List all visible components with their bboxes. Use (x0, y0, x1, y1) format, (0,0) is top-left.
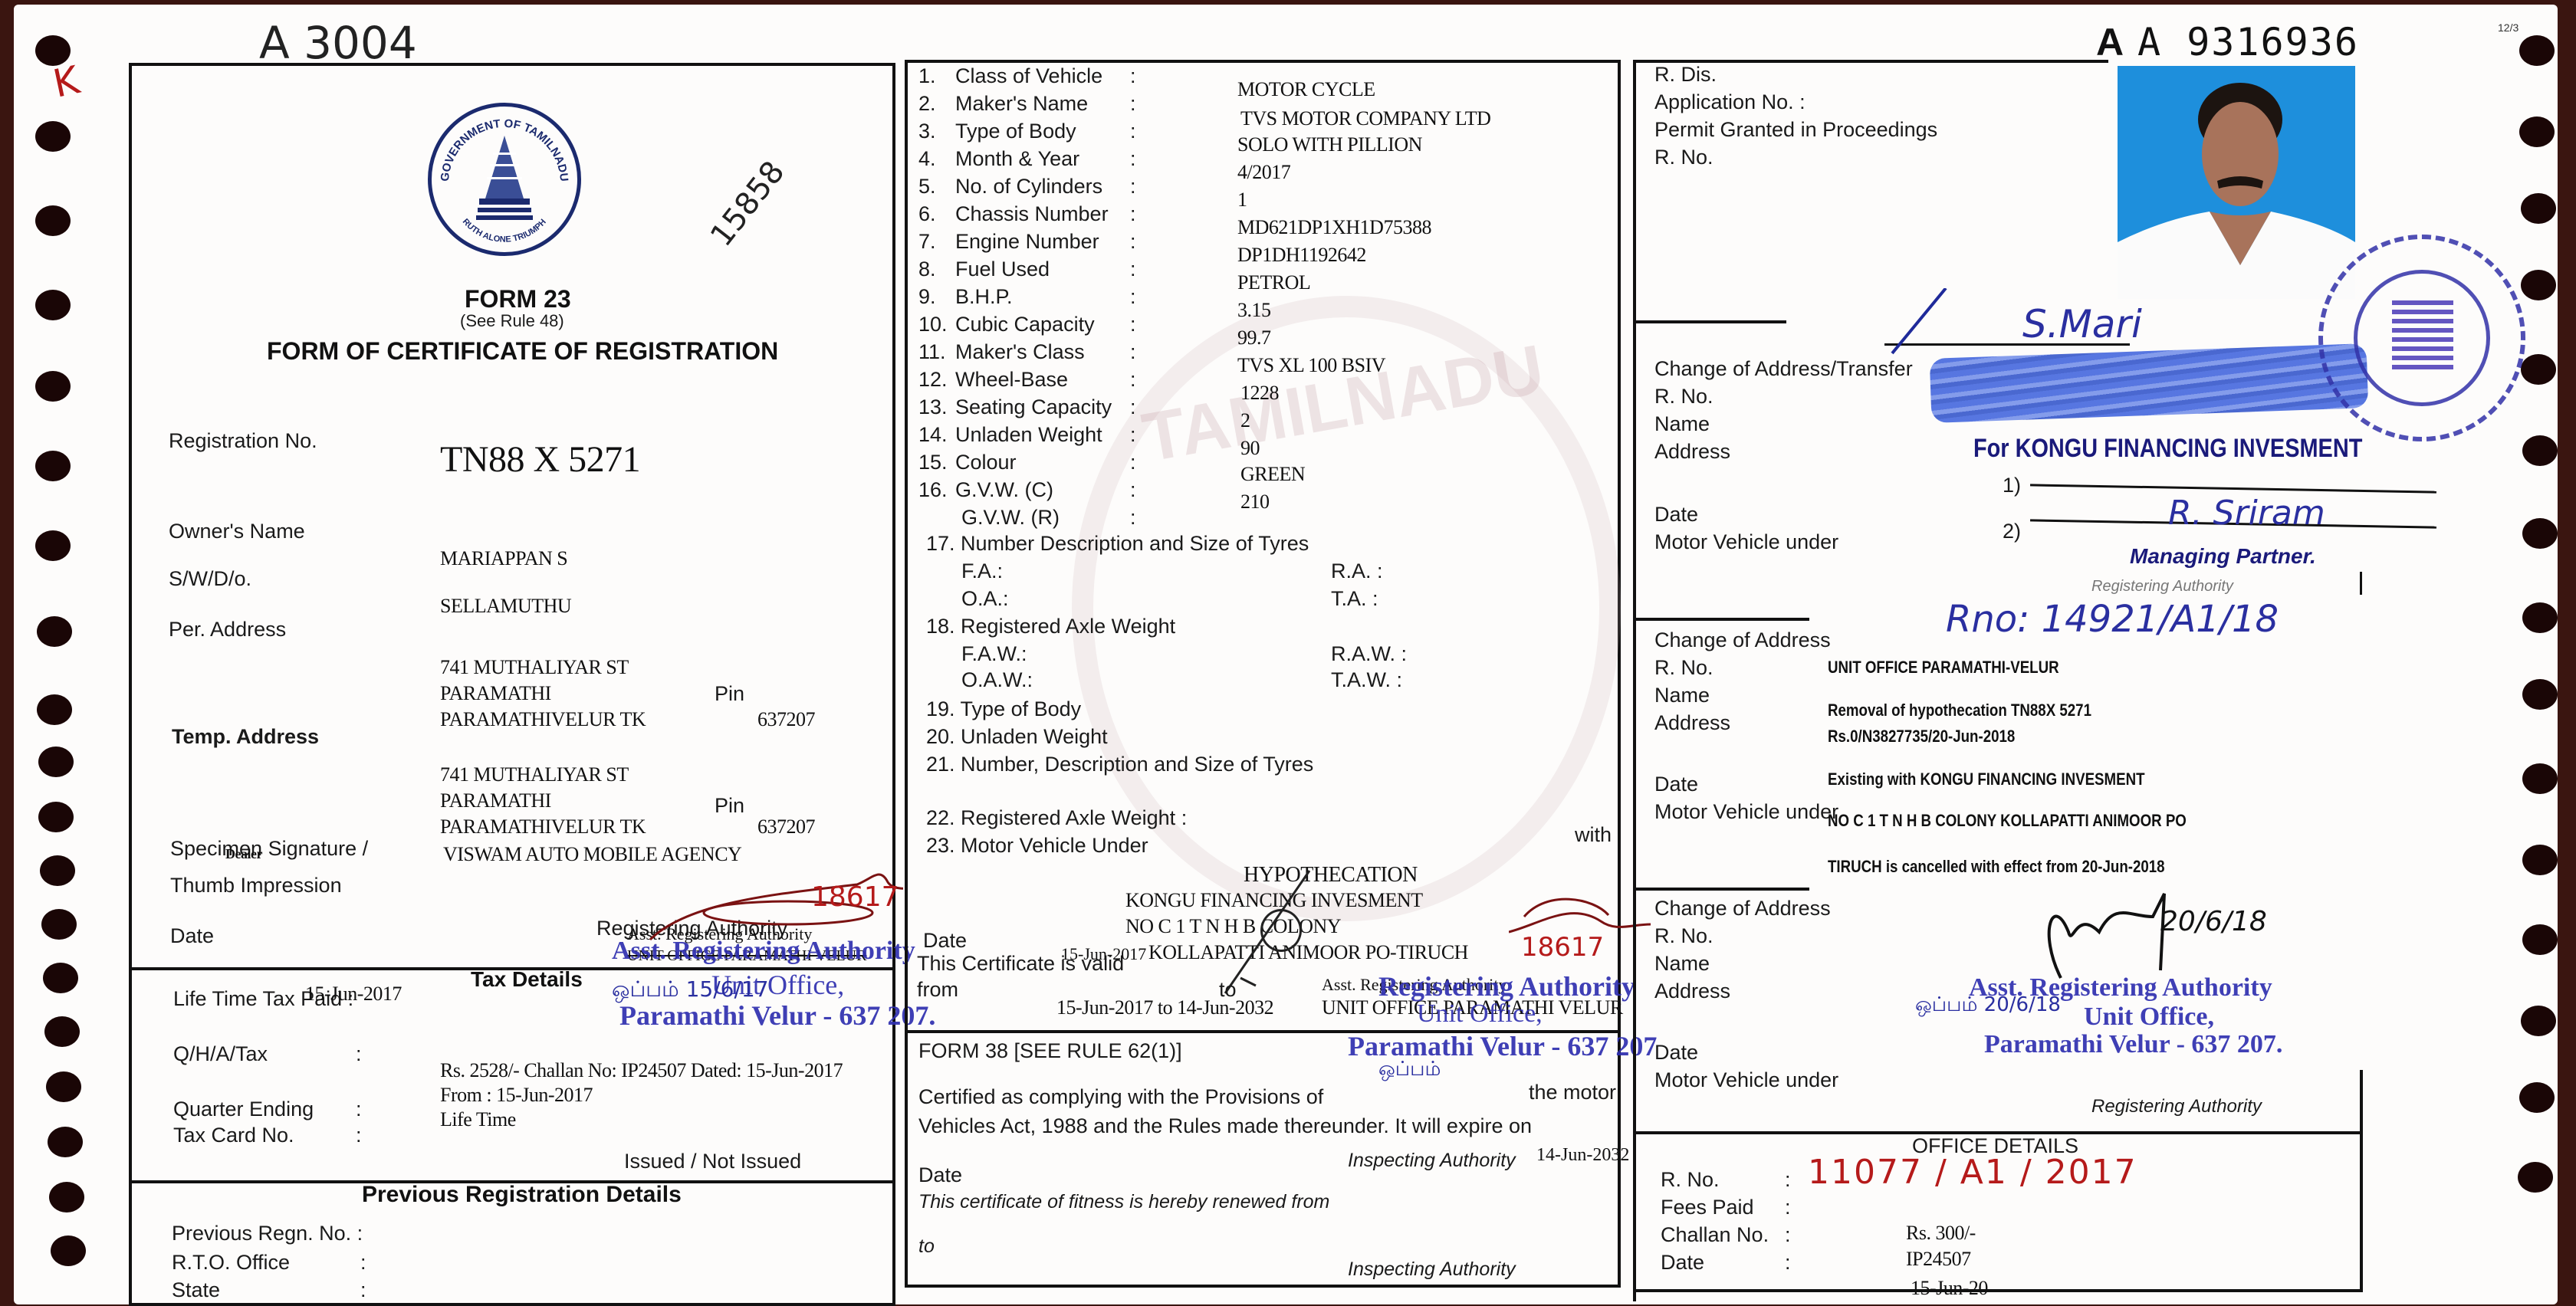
quarter-colon: : (356, 1098, 362, 1121)
taw-label: T.A.W. : (1331, 668, 1402, 692)
removal-line: Removal of hypothecation TN88X 5271 (1828, 701, 2091, 720)
valid-printed-date: 15-Jun-2017 (1061, 944, 1146, 964)
perforation-hole (37, 616, 72, 647)
temp-pin-value: 637207 (757, 815, 815, 838)
vehicle-row-colon: : (1130, 395, 1136, 419)
vehicle-row-num: 10. (918, 313, 948, 336)
oa-label: O.A.: (961, 587, 1009, 611)
vehicle-row-label: Chassis Number (955, 202, 1109, 226)
vehicle-row-colon: : (1130, 368, 1136, 392)
sign-slot-2: 2) (2003, 520, 2021, 543)
fa-label: F.A.: (961, 559, 1003, 583)
pen-stroke-icon (1884, 288, 1961, 357)
perforation-hole (2519, 116, 2555, 147)
tick-mark (2360, 572, 2362, 595)
perforation-hole (2522, 518, 2558, 549)
swd-value: SELLAMUTHU (440, 595, 571, 618)
perforation-hole (2522, 845, 2558, 875)
handwritten-r-no: Rno: 14921/A1/18 (1946, 598, 2279, 641)
application-no-label: Application No. : (1654, 90, 1806, 114)
third-registering-authority: Registering Authority (2091, 1096, 2262, 1117)
transfer-divider (1633, 320, 1786, 323)
vehicle-row-label: Class of Vehicle (955, 64, 1102, 88)
third-row-label: Name (1654, 952, 1710, 976)
vehicle-row-label: Type of Body (955, 120, 1076, 143)
per-address-line-3: PARAMATHIVELUR TK (440, 708, 646, 731)
perforation-hole (35, 371, 71, 402)
per-pin-value: 637207 (757, 708, 815, 731)
handwritten-serial-left: A 3004 (259, 17, 417, 69)
office-date-value: 15-Jun-20 (1911, 1277, 1988, 1300)
r-dis-label: R. Dis. (1654, 63, 1717, 87)
perforation-hole (2522, 763, 2558, 794)
right-stamp-paramathi-velur: Paramathi Velur - 637 207. (1984, 1030, 2282, 1059)
state-colon: : (360, 1278, 366, 1302)
fitness-date-label: Date (918, 1163, 962, 1187)
right-panel-left-border (1633, 60, 1636, 1301)
form-rule: (See Rule 48) (460, 311, 564, 331)
quarter-ending-label: Quarter Ending (173, 1098, 314, 1121)
vehicle-row-label: Maker's Name (955, 92, 1088, 116)
engine-number-value: DP1DH1192642 (1237, 244, 1366, 267)
vehicle-row-colon: : (1130, 340, 1136, 364)
owner-handwritten-signature: S.Mari (2022, 302, 2142, 346)
vehicle-row-num: 13. (918, 395, 948, 419)
transfer-row-label: Address (1654, 440, 1730, 464)
tax-from-value: From : 15-Jun-2017 (440, 1084, 593, 1107)
vehicle-row-label: G.V.W. (R) (961, 506, 1060, 530)
previous-registration-title: Previous Registration Details (362, 1182, 682, 1208)
serial-number-value: A 9316936 (2137, 20, 2359, 64)
removal-row-label: Address (1654, 711, 1730, 735)
transfer-registering-authority: Registering Authority (2091, 578, 2233, 596)
qha-tax-value: Rs. 2528/- Challan No: IP24507 Dated: 15… (440, 1059, 843, 1082)
perforation-hole (2521, 193, 2556, 224)
temp-address-line-1: 741 MUTHALIYAR ST (440, 763, 629, 786)
vehicle-row-label: No. of Cylinders (955, 175, 1102, 199)
per-address-line-2: PARAMATHI (440, 682, 551, 705)
registering-authority-seal-icon (2318, 235, 2525, 441)
third-block-divider (1633, 888, 1809, 891)
tax-card-label: Tax Card No. (173, 1124, 294, 1147)
third-row-label: Address (1654, 979, 1730, 1003)
office-challan-label: Challan No. (1661, 1223, 1769, 1247)
r-no-label: R. No. (1654, 146, 1714, 169)
vehicle-row-num: 7. (918, 230, 936, 254)
ta-label: T.A. : (1331, 587, 1378, 611)
life-time-tax-date: 15-Jun-2017 (305, 983, 402, 1006)
temp-address-line-2: PARAMATHI (440, 789, 551, 812)
vehicle-row-colon: : (1130, 64, 1136, 88)
vehicle-row-label: Maker's Class (955, 340, 1085, 364)
perforation-hole (2519, 1082, 2555, 1113)
vehicle-row-num: 16. (918, 478, 948, 502)
fitness-renewed-text: This certificate of fitness is hereby re… (918, 1191, 1329, 1213)
office-rno-label: R. No. (1661, 1168, 1720, 1192)
perforation-hole (46, 1071, 81, 1102)
vehicle-row-label: Fuel Used (955, 258, 1050, 281)
office-colon: : (1785, 1251, 1791, 1275)
perforation-hole (2522, 924, 2558, 955)
office-colon: : (1785, 1196, 1791, 1219)
tax-details-title: Tax Details (471, 967, 583, 992)
removal-row-label: Name (1654, 684, 1710, 707)
perforation-hole (35, 121, 71, 152)
rto-office-label: R.T.O. Office (172, 1251, 290, 1275)
office-challan-value: IP24507 (1906, 1248, 1971, 1271)
removal-line: UNIT OFFICE PARAMATHI-VELUR (1828, 658, 2059, 678)
financier-stamp-title: For KONGU FINANCING INVESMENT (1973, 434, 2362, 464)
faw-label: F.A.W.: (961, 642, 1027, 666)
office-fees-value: Rs. 300/- (1906, 1222, 1976, 1245)
third-row-label: Change of Address (1654, 897, 1831, 920)
blue-scribble-redaction (1930, 343, 2369, 423)
vehicle-row-colon: : (1130, 120, 1136, 143)
vehicle-row-colon: : (1130, 175, 1136, 199)
perforation-hole (2522, 602, 2558, 633)
vehicle-row-num: 4. (918, 147, 936, 171)
office-colon: : (1785, 1223, 1791, 1247)
vehicle-row-num: 11. (918, 340, 946, 364)
temp-address-line-3: PARAMATHIVELUR TK (440, 815, 646, 838)
seating-capacity-value: 2 (1240, 409, 1250, 432)
vehicle-row-label: Month & Year (955, 147, 1079, 171)
middle-stamp-registering: Registering Authority (1378, 970, 1635, 1002)
third-row-label: Date (1654, 1041, 1698, 1065)
per-address-line-1: 741 MUTHALIYAR ST (440, 656, 629, 679)
temp-address-label: Temp. Address (172, 725, 319, 749)
vehicle-row-num: 15. (918, 451, 948, 474)
vehicle-row-colon: : (1130, 423, 1136, 447)
sign-slot-1: 1) (2003, 474, 2021, 497)
perforation-hole (38, 747, 74, 777)
item-19-label: 19. Type of Body (926, 697, 1081, 721)
raw-label: R.A.W. : (1331, 642, 1407, 666)
registration-number: TN88 X 5271 (440, 438, 640, 481)
colour-value: GREEN (1240, 463, 1305, 486)
makers-class-value: TVS XL 100 BSIV (1237, 354, 1385, 377)
permit-granted-label: Permit Granted in Proceedings (1654, 118, 1937, 142)
vehicle-row-colon: : (1130, 313, 1136, 336)
with-label: with (1575, 823, 1612, 847)
vehicle-row-label: Seating Capacity (955, 395, 1112, 419)
fitness-form-title: FORM 38 [SEE RULE 62(1)] (918, 1039, 1182, 1063)
removal-divider (1633, 618, 1809, 621)
red-handwritten-number-middle: 18617 (1521, 932, 1604, 963)
corner-mark: 12/3 (2498, 21, 2518, 34)
removal-row-label: Motor Vehicle under (1654, 800, 1838, 824)
vehicle-row-label: Wheel-Base (955, 368, 1068, 392)
perforation-hole (40, 855, 75, 886)
perforation-hole (2521, 354, 2556, 385)
third-row-label: Motor Vehicle under (1654, 1068, 1838, 1092)
removal-line: TIRUCH is cancelled with effect from 20-… (1828, 857, 2165, 877)
state-label: State (172, 1278, 220, 1302)
vehicle-row-label: Engine Number (955, 230, 1099, 254)
third-row-label: R. No. (1654, 924, 1714, 948)
fitness-to-label: to (918, 1235, 935, 1258)
transfer-row-label: Name (1654, 412, 1710, 436)
perforation-hole (35, 290, 71, 320)
vehicle-row-label: Unladen Weight (955, 423, 1102, 447)
right-tamil-initial: ஒப்பம் 20/6/18 (1915, 993, 2061, 1019)
makers-name-value: TVS MOTOR COMPANY LTD (1240, 107, 1490, 130)
class-of-vehicle-value: MOTOR CYCLE (1237, 78, 1375, 101)
vehicle-row-colon: : (1130, 92, 1136, 116)
perforation-hole (2522, 435, 2558, 466)
swd-label: S/W/D/o. (169, 567, 251, 591)
vehicle-row-num: 6. (918, 202, 936, 226)
cubic-capacity-value: 99.7 (1237, 326, 1271, 349)
printed-serial-number: A (2096, 20, 2124, 64)
perforation-hole (49, 1182, 84, 1212)
office-date-label: Date (1661, 1251, 1704, 1275)
temp-pin-label: Pin (715, 794, 744, 818)
unladen-weight-value: 90 (1240, 437, 1260, 460)
perforation-hole (41, 909, 77, 940)
perforation-hole (48, 1127, 83, 1157)
vehicle-row-num: 2. (918, 92, 936, 116)
tamilnadu-emblem-icon: GOVERNMENT OF TAMILNADU TRUTH ALONE TRIU… (428, 103, 581, 256)
transfer-row-label: Change of Address/Transfer (1654, 357, 1913, 381)
vehicle-row-num: 3. (918, 120, 936, 143)
thumb-impression-label: Thumb Impression (170, 874, 342, 897)
vehicle-row-colon: : (1130, 258, 1136, 281)
fitness-line-2: Vehicles Act, 1988 and the Rules made th… (918, 1114, 1532, 1138)
vehicle-row-num: 14. (918, 423, 948, 447)
third-block-right-border (2360, 1070, 2363, 1139)
removal-row-label: Date (1654, 773, 1698, 796)
sign-line-1 (2030, 484, 2436, 493)
registration-certificate-paper: A 3004 K A A 9316936 12/3 GOVERNMENT OF … (14, 5, 2558, 1304)
person-silhouette-icon (2118, 66, 2355, 299)
removal-line: Existing with KONGU FINANCING INVESMENT (1828, 769, 2144, 789)
issued-status: Issued / Not Issued (624, 1150, 801, 1173)
month-year-value: 4/2017 (1237, 161, 1290, 184)
qha-colon: : (356, 1042, 362, 1066)
ra-label: R.A. : (1331, 559, 1383, 583)
vehicle-row-colon: : (1130, 147, 1136, 171)
removal-row-label: Change of Address (1654, 628, 1831, 652)
tamil-initial-stamp: ஒப்பம் 15/6/17 (612, 976, 769, 1005)
vehicle-row-num: 8. (918, 258, 936, 281)
fitness-inspecting-authority-2: Inspecting Authority (1348, 1258, 1516, 1281)
vehicle-row-label: Cubic Capacity (955, 313, 1095, 336)
perforation-hole (35, 530, 71, 561)
vehicle-row-colon: : (1130, 285, 1136, 309)
vehicle-row-colon: : (1130, 506, 1136, 530)
form-title: FORM OF CERTIFICATE OF REGISTRATION (267, 337, 778, 366)
partner-signature: R. Sriram (2168, 494, 2325, 533)
type-of-body-value: SOLO WITH PILLION (1237, 133, 1422, 156)
validity-period: 15-Jun-2017 to 14-Jun-2032 (1056, 996, 1273, 1019)
fuel-used-value: PETROL (1237, 271, 1310, 294)
perforation-hole (35, 451, 71, 481)
chassis-number-value: MD621DP1XH1D75388 (1237, 216, 1431, 239)
per-address-label: Per. Address (169, 618, 286, 642)
perforation-hole (2521, 1006, 2556, 1036)
bhp-value: 3.15 (1237, 299, 1271, 322)
oaw-label: O.A.W.: (961, 668, 1033, 692)
fitness-tamil-initial: ஒப்பம் (1378, 1058, 1441, 1083)
transfer-row-label: Date (1654, 503, 1698, 527)
red-margin-mark: K (49, 57, 83, 107)
registration-no-label: Registration No. (169, 429, 317, 453)
office-colon: : (1785, 1168, 1791, 1192)
perforation-hole (2522, 679, 2558, 710)
right-stamp-unit-office: Unit Office, (2084, 1002, 2214, 1032)
perforation-hole (51, 1235, 86, 1266)
serial-prefix: A (2096, 21, 2124, 64)
wheel-base-value: 1228 (1240, 382, 1279, 405)
form-number: FORM 23 (465, 285, 571, 313)
fitness-expiry-date: 14-Jun-2032 (1536, 1145, 1629, 1166)
item-23-label: 23. Motor Vehicle Under (926, 834, 1148, 858)
officer-signature-date: 20/6/18 (2160, 906, 2267, 937)
transfer-row-label: Motor Vehicle under (1654, 530, 1838, 554)
office-rno-handwritten: 11077 / A1 / 2017 (1808, 1153, 2137, 1192)
item-22-label: 22. Registered Axle Weight : (926, 806, 1187, 830)
valid-date-label: Date (923, 929, 967, 953)
axle-weight-title: 18. Registered Axle Weight (926, 615, 1175, 638)
managing-partner-label: Managing Partner. (2130, 544, 2316, 569)
previous-regn-no-label: Previous Regn. No. : (172, 1222, 363, 1245)
perforation-hole (43, 963, 78, 993)
vehicle-row-num: 1. (918, 64, 936, 88)
perforation-hole (2519, 35, 2555, 66)
vehicle-row-label: G.V.W. (C) (955, 478, 1053, 502)
perforation-hole (38, 802, 74, 832)
item-21-label: 21. Number, Description and Size of Tyre… (926, 753, 1313, 776)
item-20-label: 20. Unladen Weight (926, 725, 1108, 749)
vehicle-row-colon: : (1130, 202, 1136, 226)
fitness-line-1: Certified as complying with the Provisio… (918, 1085, 1323, 1109)
vehicle-row-num: 9. (918, 285, 936, 309)
date-label: Date (170, 924, 214, 948)
vehicle-row-num: 5. (918, 175, 936, 199)
stamp-asst-registering-authority: Asst. Registering Authority (612, 937, 915, 966)
perforation-hole (2518, 1162, 2553, 1193)
tax-card-colon: : (356, 1124, 362, 1147)
removal-line: Rs.0/N3827735/20-Jun-2018 (1828, 727, 2015, 747)
fitness-line-1-right: the motor (1529, 1081, 1616, 1104)
qha-tax-label: Q/H/A/Tax (173, 1042, 268, 1066)
owner-name: MARIAPPAN S (440, 547, 567, 570)
tyres-title: 17. Number Description and Size of Tyres (926, 532, 1309, 556)
per-pin-label: Pin (715, 682, 744, 706)
transfer-row-label: R. No. (1654, 385, 1714, 409)
vehicle-row-colon: : (1130, 478, 1136, 502)
valid-from-label: from (917, 978, 958, 1002)
perforation-hole (35, 205, 71, 236)
rto-office-colon: : (360, 1251, 366, 1275)
perforation-hole (44, 1016, 80, 1047)
dealer-label: Dealer (225, 846, 262, 862)
vehicle-row-num: 12. (918, 368, 948, 392)
owner-photo (2118, 66, 2355, 299)
cylinders-value: 1 (1237, 189, 1247, 212)
gvw-c-value: 210 (1240, 491, 1270, 514)
vehicle-row-label: B.H.P. (955, 285, 1013, 309)
perforation-hole (37, 694, 72, 725)
removal-line: NO C 1 T N H B COLONY KOLLAPATTI ANIMOOR… (1828, 811, 2187, 831)
specimen-signature-label: Specimen Signature / (170, 837, 368, 861)
fitness-inspecting-authority: Inspecting Authority (1348, 1150, 1516, 1172)
removal-row-label: R. No. (1654, 656, 1714, 680)
middle-stamp-unit-office: Unit Office, (1417, 999, 1543, 1029)
vehicle-row-colon: : (1130, 451, 1136, 474)
red-handwritten-number: 18617 (811, 881, 899, 913)
tax-life-time-value: Life Time (440, 1108, 516, 1131)
vehicle-row-label: Colour (955, 451, 1017, 474)
office-fees-label: Fees Paid (1661, 1196, 1754, 1219)
perforation-hole (2521, 270, 2556, 300)
owner-name-label: Owner's Name (169, 520, 305, 543)
vehicle-row-colon: : (1130, 230, 1136, 254)
